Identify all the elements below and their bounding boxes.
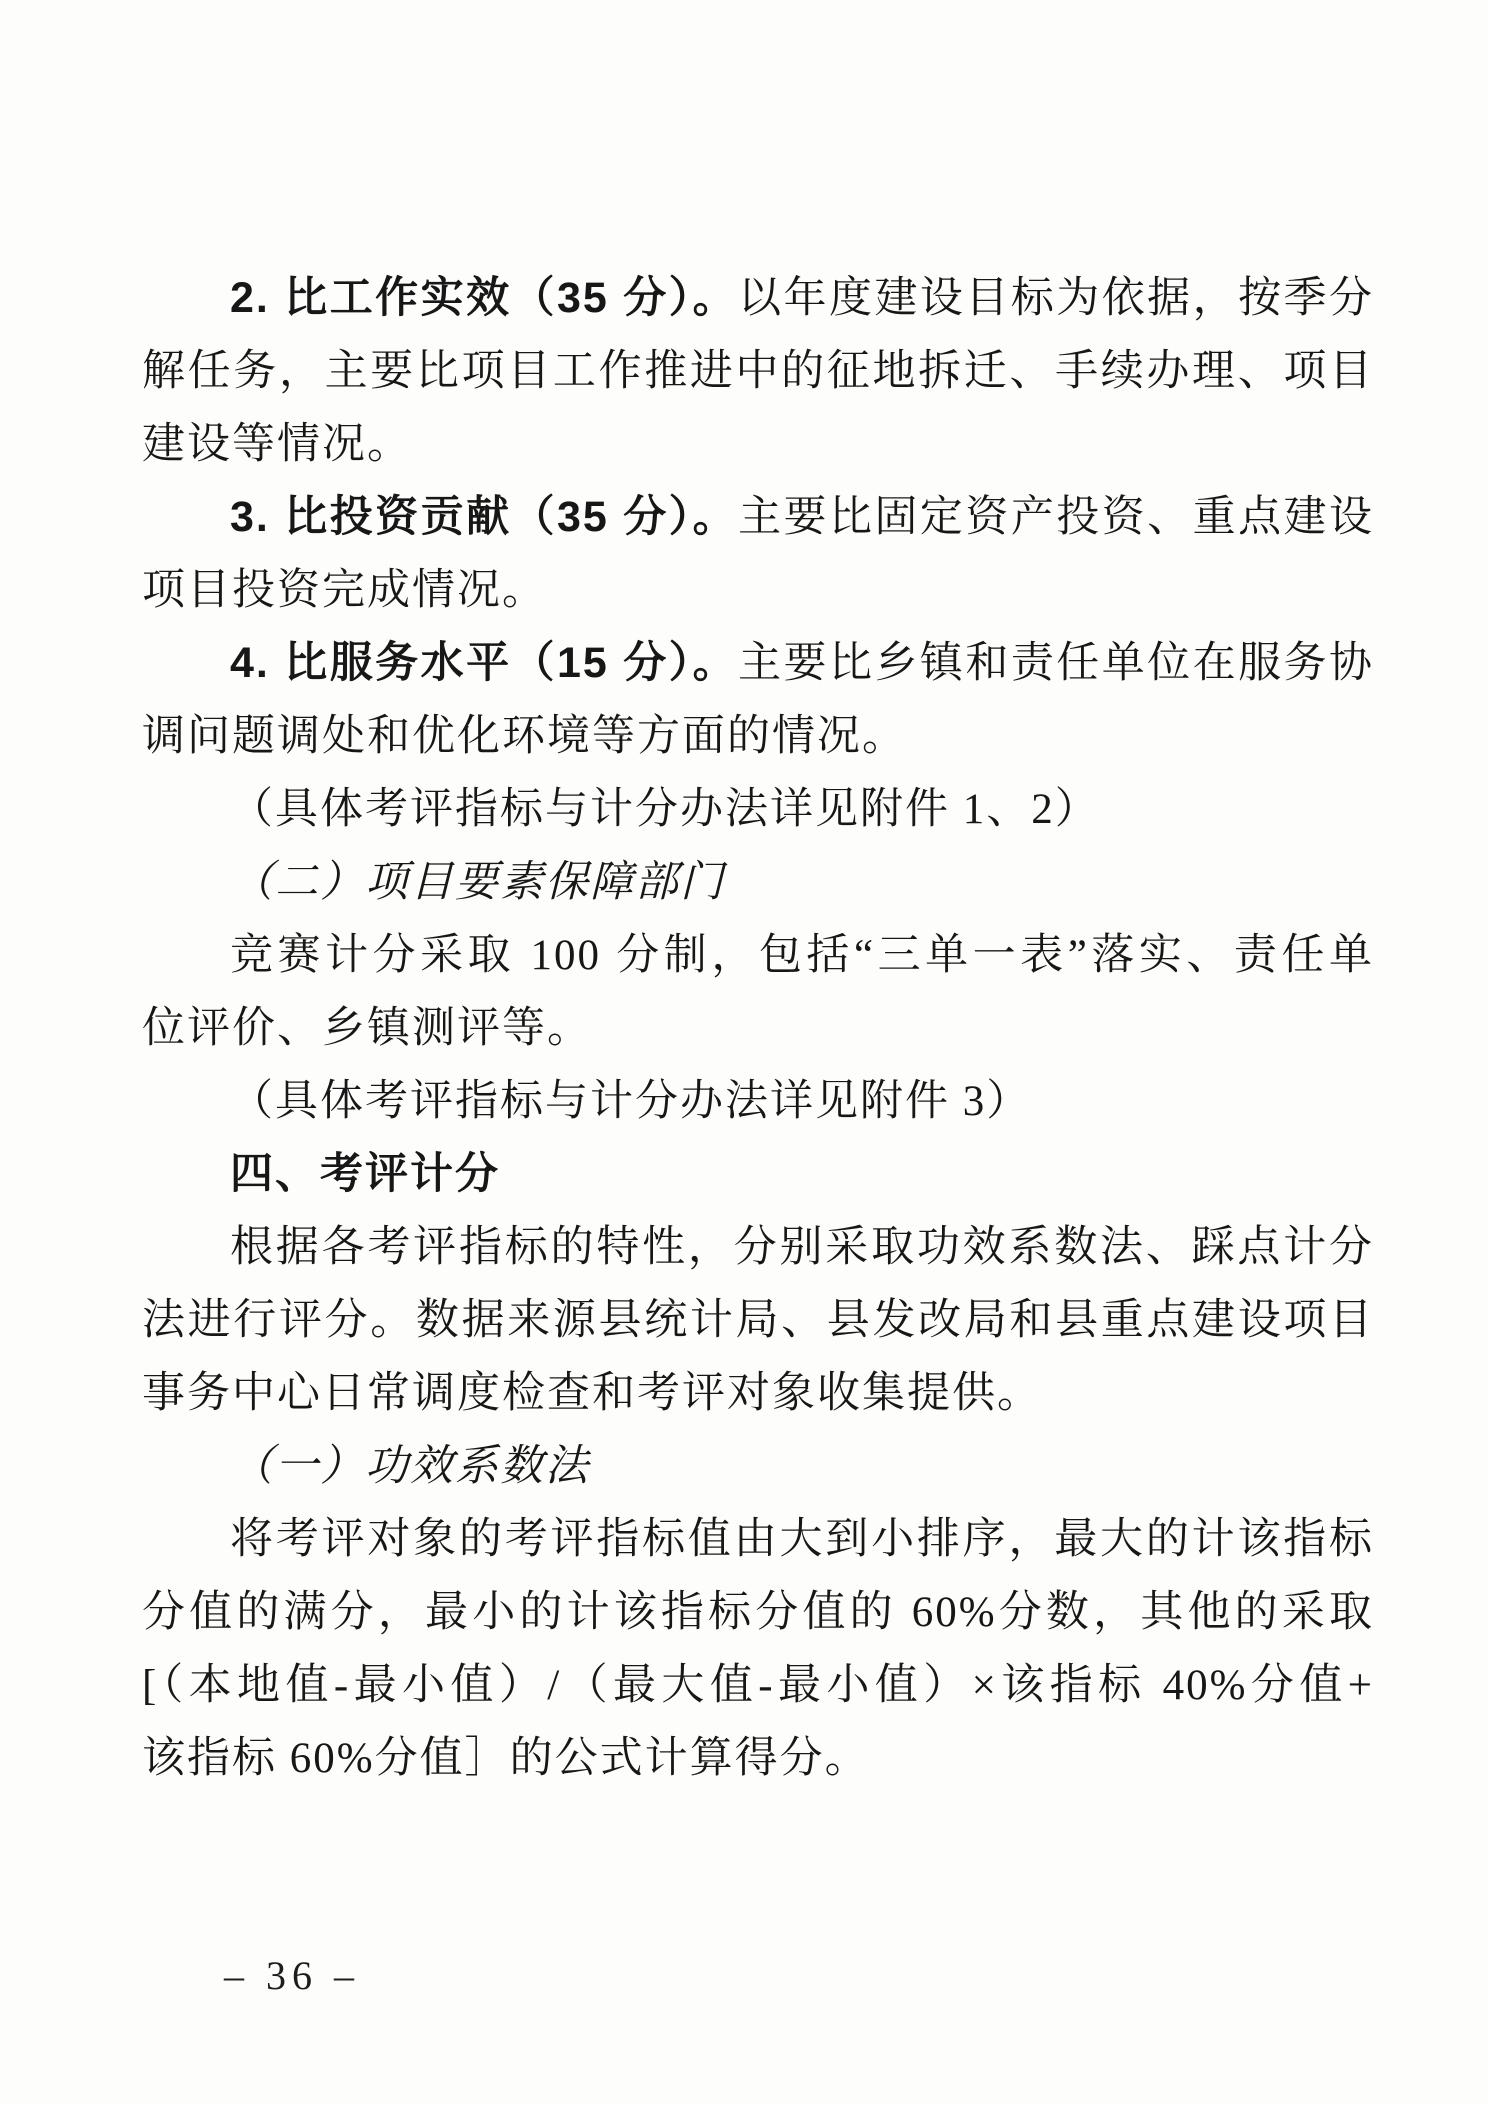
item-3-investment-line-2: 项目投资完成情况。	[142, 554, 1374, 627]
scoring-method-line-2: 法进行评分。数据来源县统计局、县发改局和县重点建设项目	[142, 1284, 1374, 1357]
efficacy-formula-line-1: [（本地值-最小值）/（最大值-最小值）×该指标 40%分值+	[142, 1649, 1374, 1722]
section-4-heading: 四、考评计分	[142, 1138, 1374, 1211]
item-4-service-line-1: 4. 比服务水平（15 分）。主要比乡镇和责任单位在服务协	[142, 627, 1374, 700]
efficacy-method-line-2: 分值的满分，最小的计该指标分值的 60%分数，其他的采取	[142, 1576, 1374, 1649]
scoring-100-line-2: 位评价、乡镇测评等。	[142, 992, 1374, 1065]
item-2-work-effect-line-2: 解任务，主要比项目工作推进中的征地拆迁、手续办理、项目	[142, 335, 1374, 408]
item-2-text: 以年度建设目标为依据，按季分	[738, 275, 1374, 322]
note-appendix-1-2: （具体考评指标与计分办法详见附件 1、2）	[142, 773, 1374, 846]
item-2-work-effect-line-1: 2. 比工作实效（35 分）。以年度建设目标为依据，按季分	[142, 262, 1374, 335]
scoring-method-line-1: 根据各考评指标的特性，分别采取功效系数法、踩点计分	[142, 1211, 1374, 1284]
efficacy-formula-line-2: 该指标 60%分值］的公式计算得分。	[142, 1722, 1374, 1795]
document-body: 2. 比工作实效（35 分）。以年度建设目标为依据，按季分 解任务，主要比项目工…	[142, 262, 1374, 1795]
item-3-investment-line-1: 3. 比投资贡献（35 分）。主要比固定资产投资、重点建设	[142, 481, 1374, 554]
scoring-method-line-3: 事务中心日常调度检查和考评对象收集提供。	[142, 1357, 1374, 1430]
page-number: – 36 –	[224, 1952, 360, 2000]
subsection-1-heading: （一）功效系数法	[142, 1430, 1374, 1503]
item-2-heading: 2. 比工作实效（35 分）。	[230, 274, 738, 322]
scoring-100-line-1: 竞赛计分采取 100 分制，包括“三单一表”落实、责任单	[142, 919, 1374, 992]
item-2-work-effect-line-3: 建设等情况。	[142, 408, 1374, 481]
subsection-2-heading: （二）项目要素保障部门	[142, 846, 1374, 919]
item-4-heading: 4. 比服务水平（15 分）。	[230, 639, 738, 687]
document-page: 2. 比工作实效（35 分）。以年度建设目标为依据，按季分 解任务，主要比项目工…	[0, 0, 1488, 2105]
note-appendix-3: （具体考评指标与计分办法详见附件 3）	[142, 1065, 1374, 1138]
item-4-service-line-2: 调问题调处和优化环境等方面的情况。	[142, 700, 1374, 773]
item-4-text: 主要比乡镇和责任单位在服务协	[738, 640, 1374, 687]
efficacy-method-line-1: 将考评对象的考评指标值由大到小排序，最大的计该指标	[142, 1503, 1374, 1576]
item-3-heading: 3. 比投资贡献（35 分）。	[230, 493, 738, 541]
item-3-text: 主要比固定资产投资、重点建设	[738, 494, 1374, 541]
